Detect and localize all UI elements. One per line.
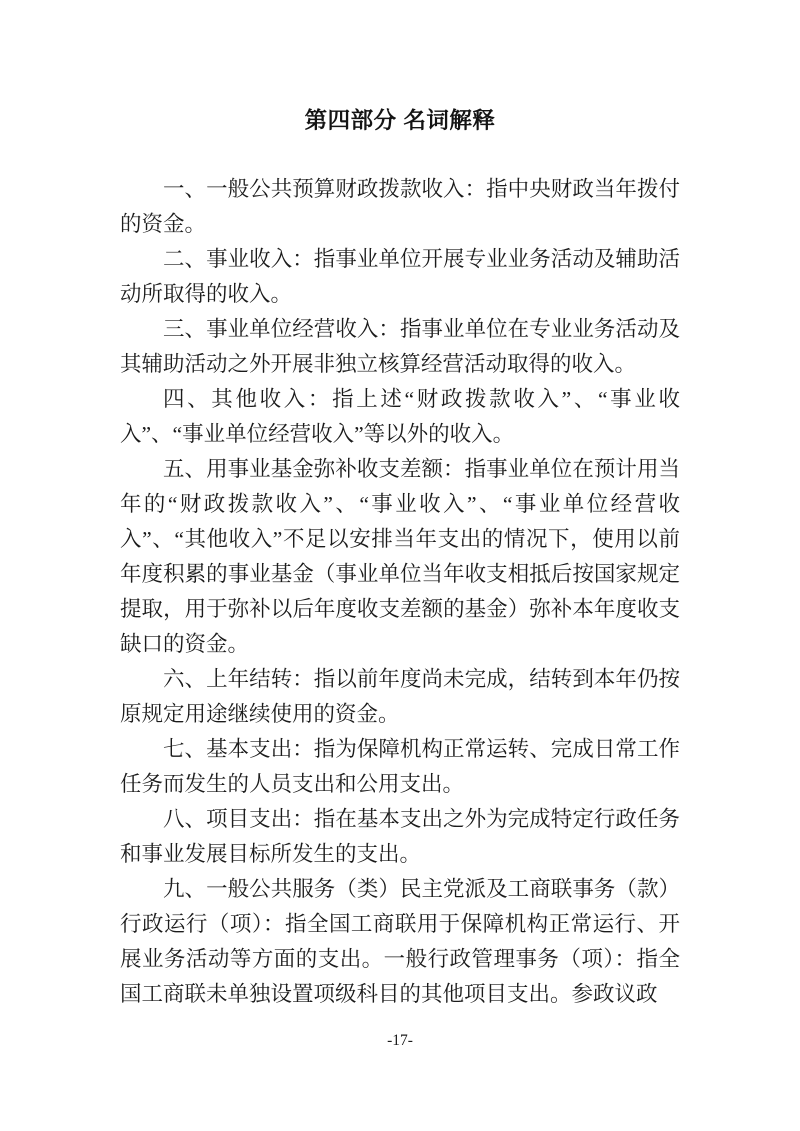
paragraph-term-2: 二、事业收入：指事业单位开展专业业务活动及辅助活动所取得的收入。 — [120, 242, 680, 312]
document-page: 第四部分 名词解释 一、一般公共预算财政拨款收入：指中央财政当年拨付的资金。 二… — [0, 0, 800, 1131]
paragraph-term-5: 五、用事业基金弥补收支差额：指事业单位在预计用当年的“财政拨款收入”、“事业收入… — [120, 452, 680, 662]
section-title: 第四部分 名词解释 — [0, 103, 800, 138]
paragraph-term-3: 三、事业单位经营收入：指事业单位在专业业务活动及其辅助活动之外开展非独立核算经营… — [120, 312, 680, 382]
paragraph-term-4: 四、其他收入：指上述“财政拨款收入”、“事业收入”、“事业单位经营收入”等以外的… — [120, 382, 680, 452]
paragraph-term-8: 八、项目支出：指在基本支出之外为完成特定行政任务和事业发展目标所发生的支出。 — [120, 802, 680, 872]
paragraph-term-7: 七、基本支出：指为保障机构正常运转、完成日常工作任务而发生的人员支出和公用支出。 — [120, 732, 680, 802]
page-number: -17- — [0, 1030, 800, 1052]
paragraph-term-1: 一、一般公共预算财政拨款收入：指中央财政当年拨付的资金。 — [120, 172, 680, 242]
paragraph-term-6: 六、上年结转：指以前年度尚未完成，结转到本年仍按原规定用途继续使用的资金。 — [120, 662, 680, 732]
document-body: 一、一般公共预算财政拨款收入：指中央财政当年拨付的资金。 二、事业收入：指事业单… — [120, 172, 680, 1012]
paragraph-term-9: 九、一般公共服务（类）民主党派及工商联事务（款）行政运行（项）：指全国工商联用于… — [120, 872, 680, 1012]
